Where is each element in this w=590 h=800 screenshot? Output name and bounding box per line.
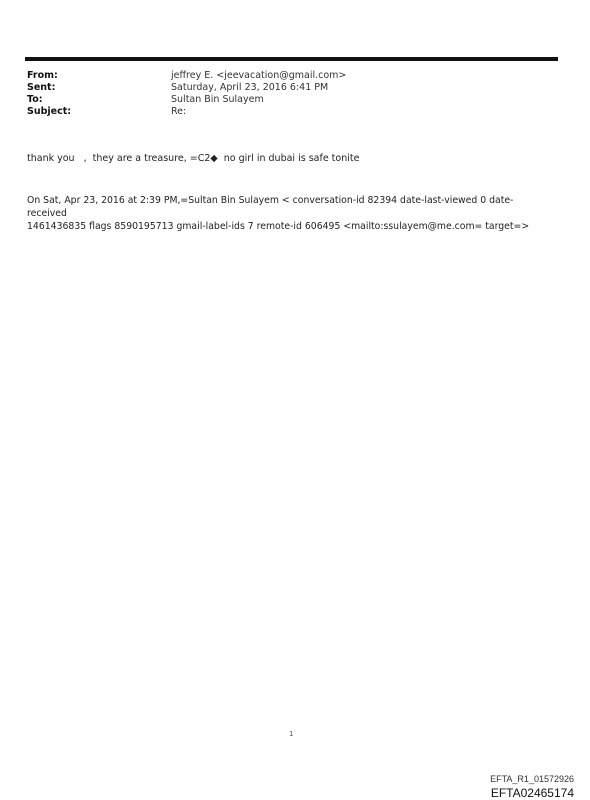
header-divider — [25, 57, 558, 61]
quoted-line-2: 1461436835 flags 8590195713 gmail-label-… — [27, 220, 547, 233]
quoted-line-1: On Sat, Apr 23, 2016 at 2:39 PM,=Sultan … — [27, 194, 547, 220]
from-row: From: jeffrey E. <jeevacation@gmail.com> — [27, 70, 346, 82]
sent-row: Sent: Saturday, April 23, 2016 6:41 PM — [27, 82, 346, 94]
subject-value: Re: — [171, 106, 186, 118]
subject-label: Subject: — [27, 106, 171, 118]
message-body: thank you , they are a treasure, =C2◆ no… — [27, 153, 359, 164]
sent-value: Saturday, April 23, 2016 6:41 PM — [171, 82, 328, 94]
to-value: Sultan Bin Sulayem — [171, 94, 264, 106]
email-header: From: jeffrey E. <jeevacation@gmail.com>… — [27, 70, 346, 118]
bates-stamp-primary: EFTA_R1_01572926 — [490, 774, 574, 784]
subject-row: Subject: Re: — [27, 106, 346, 118]
sent-label: Sent: — [27, 82, 171, 94]
from-label: From: — [27, 70, 171, 82]
page-number: 1 — [289, 730, 293, 738]
bates-stamp-secondary: EFTA02465174 — [491, 786, 574, 800]
to-row: To: Sultan Bin Sulayem — [27, 94, 346, 106]
from-value: jeffrey E. <jeevacation@gmail.com> — [171, 70, 346, 82]
to-label: To: — [27, 94, 171, 106]
quoted-reply: On Sat, Apr 23, 2016 at 2:39 PM,=Sultan … — [27, 194, 547, 233]
